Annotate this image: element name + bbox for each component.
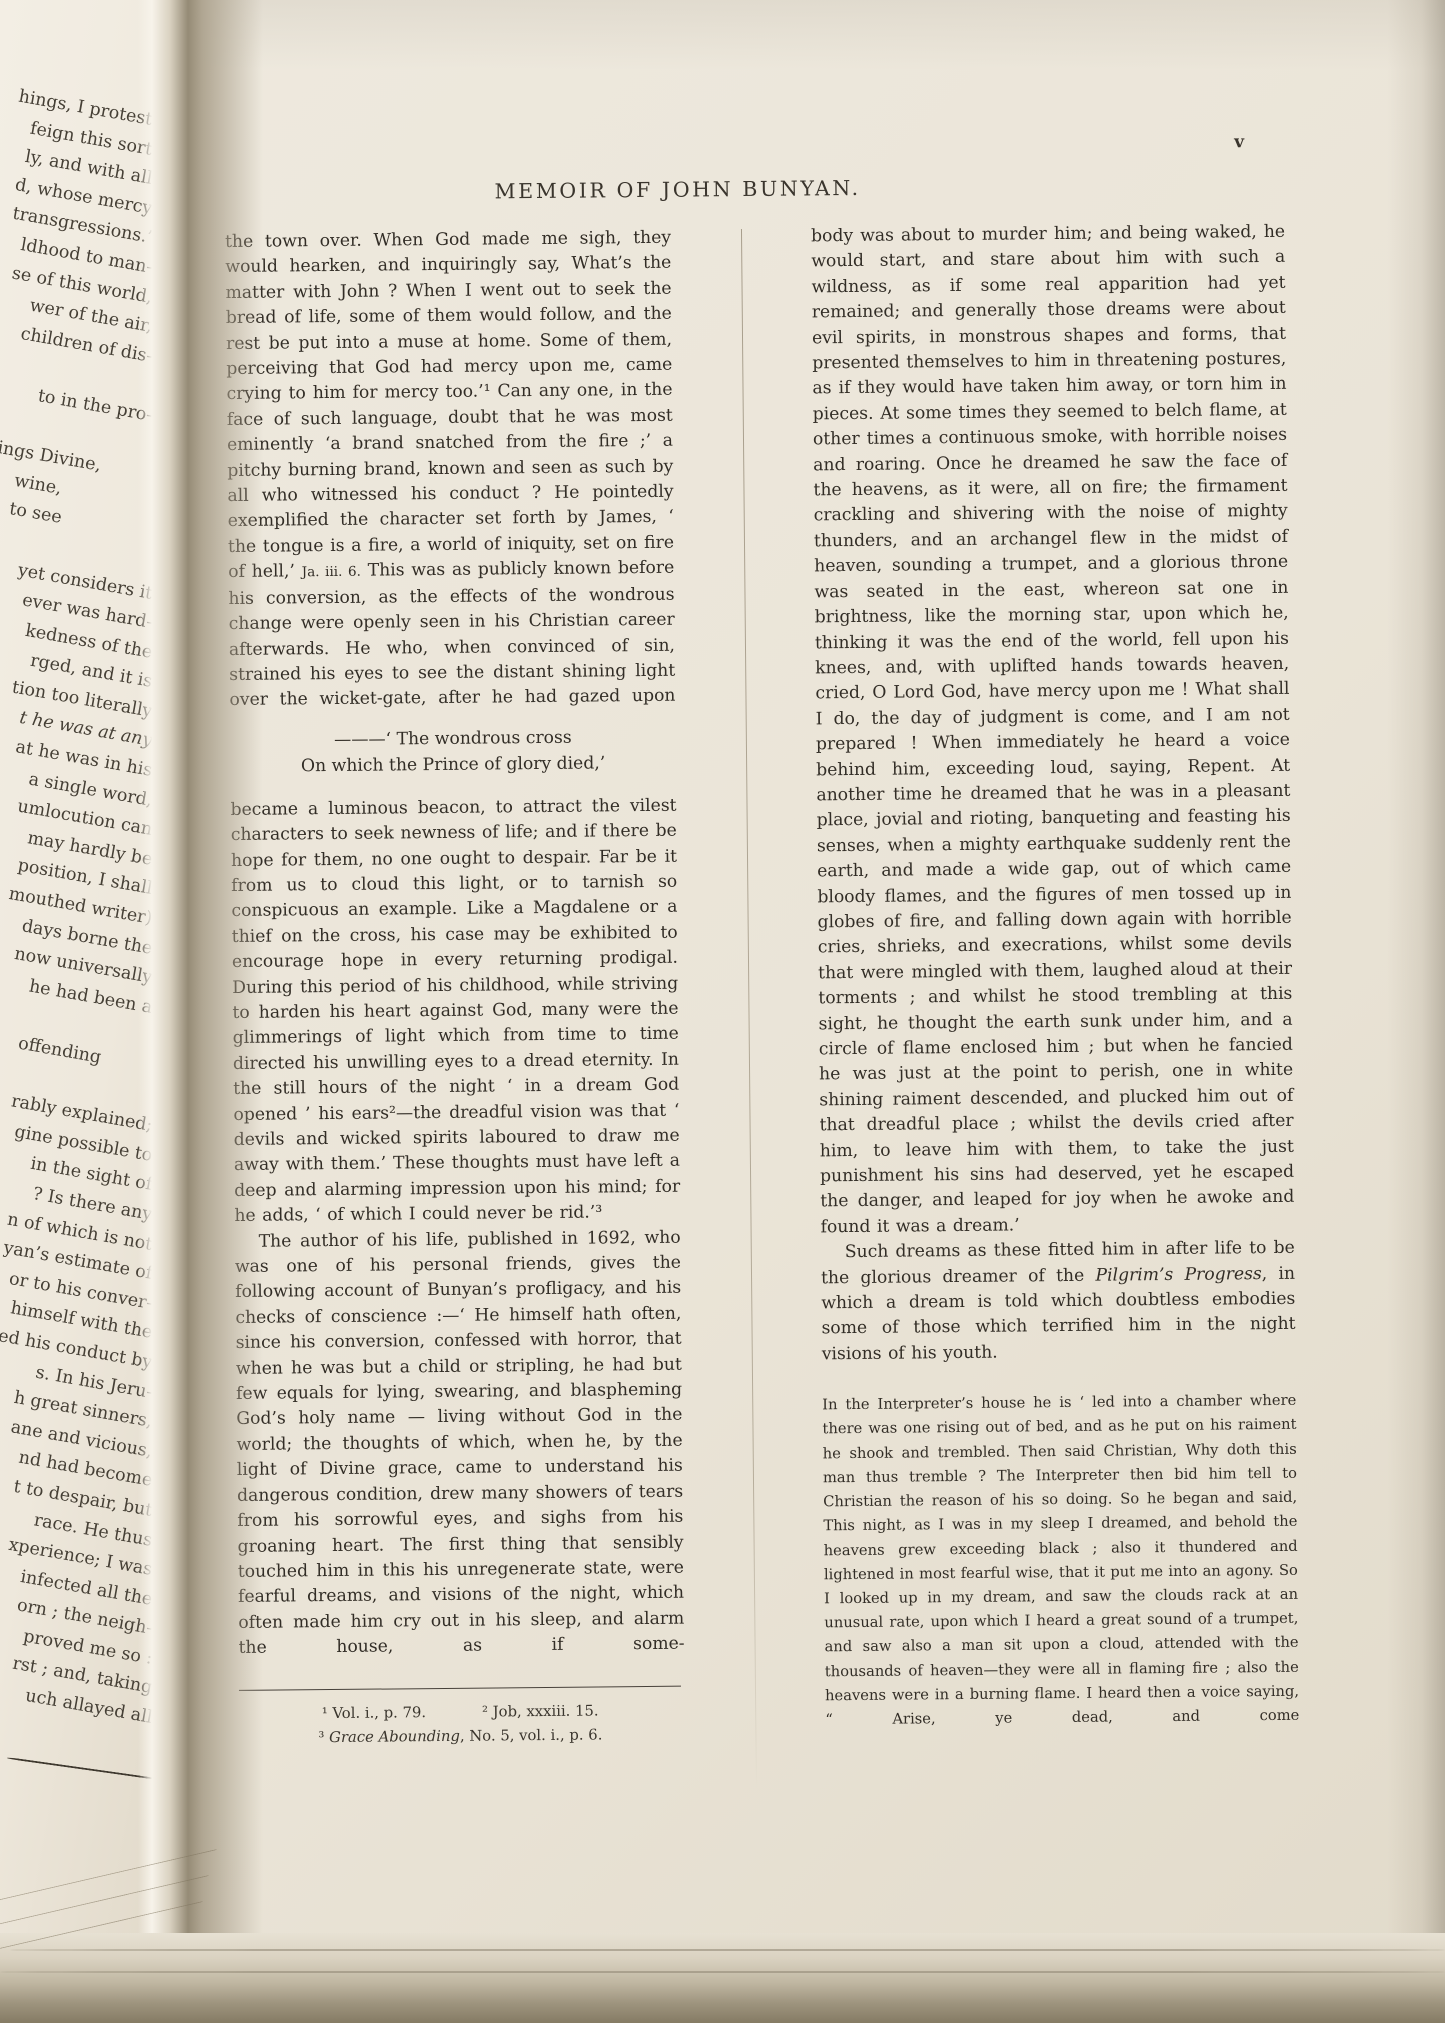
text-segment: In the Interpreter’s house he is ‘ led i… bbox=[822, 1392, 1299, 1728]
paragraph: became a luminous beacon, to attract the… bbox=[230, 793, 680, 1229]
paragraph: The author of his life, published in 169… bbox=[235, 1225, 685, 1661]
footnote-2: ² Job, xxxiii. 15. bbox=[482, 1699, 599, 1723]
column-rule bbox=[741, 229, 757, 1789]
footnotes: ¹ Vol. i., p. 79. ² Job, xxxiii. 15. ³ G… bbox=[239, 1685, 682, 1750]
book-photo: hings, I protestfeign this sortly, and w… bbox=[0, 0, 1445, 2023]
left-column: the town over. When God made me sigh, th… bbox=[225, 226, 686, 1751]
fanned-page-corners bbox=[0, 1818, 240, 1968]
text-segment: body was about to murder him; and being … bbox=[811, 222, 1294, 1237]
running-head-title: MEMOIR OF JOHN BUNYAN. bbox=[494, 176, 860, 204]
text-segment: , No. 5, vol. i., p. 6. bbox=[460, 1726, 603, 1744]
book-bottom-edges bbox=[0, 1933, 1445, 2023]
footnote-1: ¹ Vol. i., p. 79. bbox=[322, 1701, 426, 1725]
text-segment: Ja. iii. 6. bbox=[302, 564, 361, 581]
page-right-edge-shade bbox=[1387, 0, 1445, 1946]
right-column: body was about to murder him; and being … bbox=[811, 220, 1300, 1745]
verse-quote: ———‘ The wondrous cross On which the Pri… bbox=[230, 723, 676, 779]
paragraph-small-type: In the Interpreter’s house he is ‘ led i… bbox=[822, 1389, 1299, 1732]
facing-page-footnote-rule bbox=[7, 1757, 166, 1781]
running-head: MEMOIR OF JOHN BUNYAN. v bbox=[224, 120, 1305, 230]
text-segment: the town over. When God made me sigh, th… bbox=[225, 228, 674, 583]
text-segment: Grace Abounding bbox=[329, 1727, 460, 1745]
text-segment: ³ bbox=[318, 1729, 329, 1746]
facing-page-edge: hings, I protestfeign this sortly, and w… bbox=[0, 0, 182, 1952]
text-segment: became a luminous beacon, to attract the… bbox=[230, 795, 680, 1226]
text-segment: The author of his life, published in 169… bbox=[235, 1227, 685, 1658]
page-top-shade bbox=[168, 0, 1445, 70]
footnote-rule bbox=[239, 1685, 681, 1690]
verse-line: On which the Prince of glory died,’ bbox=[230, 749, 676, 779]
paragraph: the town over. When God made me sigh, th… bbox=[225, 226, 676, 714]
footnote-3: ³ Grace Abounding, No. 5, vol. i., p. 6. bbox=[239, 1721, 681, 1750]
paragraph: Such dreams as these fitted him in after… bbox=[821, 1236, 1296, 1368]
paragraph: body was about to murder him; and being … bbox=[811, 220, 1295, 1241]
memoir-page: MEMOIR OF JOHN BUNYAN. v the town over. … bbox=[168, 0, 1445, 1946]
text-columns: the town over. When God made me sigh, th… bbox=[225, 220, 1300, 1751]
page-content: MEMOIR OF JOHN BUNYAN. v the town over. … bbox=[224, 120, 1320, 1751]
text-segment: Pilgrim’s Progress bbox=[1095, 1264, 1261, 1286]
facing-page-partial-text: hings, I protestfeign this sortly, and w… bbox=[0, 106, 152, 1734]
page-number: v bbox=[1234, 132, 1244, 152]
column-divider bbox=[671, 224, 826, 1746]
